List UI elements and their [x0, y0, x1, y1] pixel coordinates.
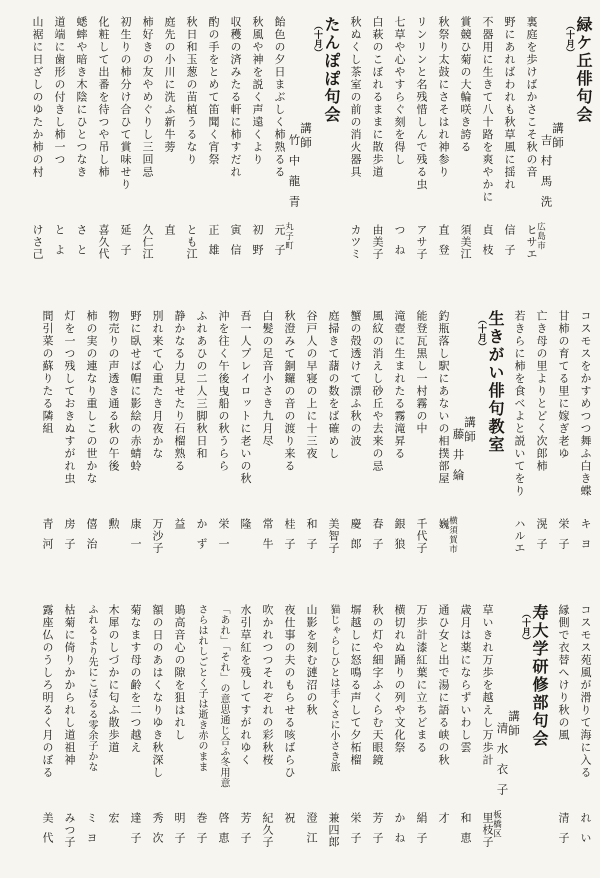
- poem-column: 秋澄みて銅鑼の音の渡り来る桂子: [272, 310, 294, 578]
- poem-text: 物売りの声透き通る秋の午後: [107, 310, 118, 578]
- poem-author: 祝: [272, 812, 294, 824]
- poem-author: 和子: [294, 518, 316, 558]
- poem-column: 若きらに柿を食べよと説いてをりハルエ: [502, 310, 524, 578]
- poem-column: 庭先の小川に洗ふ新牛蒡直: [152, 16, 174, 284]
- poem-column: 七草や心やすらぐ刻を得しつね: [382, 16, 404, 284]
- band-2: コスモスをかすめつつ舞ふ白き蝶キヨ甘柿の育てる里に嫁ぎ老ゆ栄子亡き母の里よりとど…: [10, 310, 590, 578]
- poem-column: 沖を往く午後曳船の秋うらら栄一: [206, 310, 228, 578]
- lecturer-locality: 丸子町: [285, 222, 294, 251]
- poem-column: 化粧して出番を待つや吊し柿喜久代: [86, 16, 108, 284]
- section-title: 寿大学研修部句会: [530, 604, 547, 748]
- poem-column: 水引草紅を残してすがれゆく芳子: [228, 604, 250, 872]
- poem-author: 美代: [30, 812, 52, 852]
- section-title-column: たんぽぽ句会（十月）: [310, 16, 338, 284]
- poem-text: 夜仕事の夫のもらせる咳ばらひ: [283, 604, 294, 872]
- poem-column: 野にあればわれも秋草風に揺れ信子: [492, 16, 514, 284]
- poem-author: みつ子: [52, 812, 74, 848]
- poem-author: 勲: [96, 518, 118, 530]
- poem-author: 美智子: [316, 518, 338, 554]
- poem-author: 初野: [240, 224, 262, 264]
- section-title: 生きがい俳句教室: [486, 310, 503, 454]
- poem-author: かず: [184, 518, 206, 558]
- poem-author: 由美子: [360, 224, 382, 260]
- section-month-note: （十月）: [565, 21, 574, 284]
- poem-column: 吾一人プレイロットに老いの秋隆: [228, 310, 250, 578]
- poem-author: 啓恵: [206, 812, 228, 852]
- poem-column: 収穫の済みたる軒に柿すだれ寅信: [218, 16, 240, 284]
- poem-author: 直: [152, 224, 174, 236]
- poem-column: 「あれ」「それ」の意思通じ合ふ冬用意啓恵: [206, 604, 228, 872]
- poem-author: 秀次: [140, 812, 162, 852]
- lecturer-label: 講師: [551, 122, 563, 151]
- section-header: 寿大学研修部句会（十月）講師清水衣子板橋区: [492, 604, 546, 872]
- poem-column: 賞競ひ菊の大輪咲き誇る須美江: [448, 16, 470, 284]
- section-month-note: （十月）: [521, 609, 530, 872]
- poem-column: 秋祭り太鼓にさそはれ神参り直登: [426, 16, 448, 284]
- poem-column: 裏庭を歩けばかさこそ秋の音ヒサエ: [514, 16, 536, 284]
- poem-author: 春子: [360, 518, 382, 558]
- poem-author: カツミ: [338, 224, 360, 260]
- poem-text: 吾一人プレイロットに老いの秋: [239, 310, 250, 578]
- poem-author: けさ己: [20, 224, 42, 260]
- poem-column: 草いきれ万歩を越えし万歩計里枝子: [470, 604, 492, 872]
- poem-author: 桂子: [272, 518, 294, 558]
- poem-author: 兼四郎: [316, 812, 338, 848]
- poem-column: 谷戸人の早寝の上に十三夜和子: [294, 310, 316, 578]
- poem-text: 釣瓶落し駅にあないの相撲部屋: [437, 310, 448, 578]
- poem-author: 慶郎: [338, 518, 360, 558]
- band-3: コスモス苑風が滑りて海に入るれい縁側で衣替へけり秋の風清子寿大学研修部句会（十月…: [10, 604, 590, 872]
- poem-author: とよ: [42, 224, 64, 264]
- poem-author: 巍: [426, 518, 448, 530]
- poem-author: 明子: [162, 812, 184, 852]
- lecturer-label: 講師: [507, 710, 519, 739]
- poem-column: コスモス苑風が滑りて海に入るれい: [568, 604, 590, 872]
- poem-author: 直登: [426, 224, 448, 264]
- poem-column: 甘柿の育てる里に嫁ぎ老ゆ栄子: [546, 310, 568, 578]
- poem-column: ふれるより先にこぼるる零余子かなミヨ: [74, 604, 96, 872]
- section-title-column: 寿大学研修部句会（十月）: [518, 604, 546, 872]
- poem-author: 絹子: [404, 812, 426, 852]
- poem-author: 栄子: [546, 518, 568, 558]
- poem-column: 風紋の消えし砂丘や去来の忌春子: [360, 310, 382, 578]
- poem-column: 菊なます母の齢を二つ越え達子: [118, 604, 140, 872]
- poem-author: 須美江: [448, 224, 470, 260]
- section-title: たんぽぽ句会: [322, 16, 339, 124]
- poem-author: 澄江: [294, 812, 316, 852]
- poem-column: 横切れぬ踊りの列や文化祭かね: [382, 604, 404, 872]
- poem-author: 寅信: [218, 224, 240, 264]
- poem-column: 蟹の殻透けて漂ふ秋の波慶郎: [338, 310, 360, 578]
- poem-author: 栄子: [338, 812, 360, 852]
- poem-author: 久仁江: [130, 224, 152, 260]
- poem-column: 山影を刻む漣沼の秋澄江: [294, 604, 316, 872]
- poem-column: コスモスをかすめつつ舞ふ白き蝶キヨ: [568, 310, 590, 578]
- poem-text: 木犀のしづかに匂ふ散歩道: [107, 604, 118, 872]
- poem-author: 喜久代: [86, 224, 108, 260]
- poem-author: 宏: [96, 812, 118, 824]
- poem-text: 通ひ女と出で湯に語る峡の秋: [437, 604, 448, 872]
- poem-author: れい: [568, 812, 590, 852]
- poem-author: 千代子: [404, 518, 426, 554]
- poem-column: 万歩計漆紅葉に立ちどまる絹子: [404, 604, 426, 872]
- poem-column: ふれあひの二人三脚秋日和かず: [184, 310, 206, 578]
- poem-author: 清子: [546, 812, 568, 852]
- section-month-note: （十月）: [313, 21, 322, 284]
- poem-author: 康一: [118, 518, 140, 558]
- poem-author: 里枝子: [470, 812, 492, 848]
- poem-author: 銀狼: [382, 518, 404, 558]
- poem-author: 巻子: [184, 812, 206, 852]
- poem-column: 露座仏のうしろ明るく月のぼる美代: [30, 604, 52, 872]
- poem-column: 亡き母の里よりとどく次郎柿滉子: [524, 310, 546, 578]
- poem-column: 不器用に生きて八十路を爽やかに貞枝: [470, 16, 492, 284]
- poem-author: 滉子: [524, 518, 546, 558]
- poem-author: 栄一: [206, 518, 228, 558]
- poem-author: 僖治: [74, 518, 96, 558]
- poem-column: 夜仕事の夫のもらせる咳ばらひ祝: [272, 604, 294, 872]
- poem-author: ミヨ: [74, 812, 96, 852]
- lecturer-name: 吉村馬洗: [539, 134, 551, 284]
- poem-column: 塀越しに怒鳴る声して夕柘榴栄子: [338, 604, 360, 872]
- poem-column: 野に臥せば帽に影絵の赤蜻蛉康一: [118, 310, 140, 578]
- poem-author: 元子: [262, 224, 284, 264]
- poem-author: 正雄: [196, 224, 218, 264]
- poem-column: 猫じゃらしひとは手ぐさに小さき旅兼四郎: [316, 604, 338, 872]
- band-1: 緑ケ丘俳句会（十月）講師吉村馬洗広島市裏庭を歩けばかさこそ秋の音ヒサエ野にあれば…: [10, 16, 590, 284]
- section-header: たんぽぽ句会（十月）講師竹中龍青丸子町: [284, 16, 338, 284]
- poem-author: 房子: [52, 518, 74, 558]
- poem-author: とも江: [174, 224, 196, 260]
- poem-author: 常牛: [250, 518, 272, 558]
- poem-text: 静かなる力見せたり石榴熟る: [173, 310, 184, 578]
- poem-column: 歳月は薬にならずいわし雲和恵: [448, 604, 470, 872]
- poem-author: 青河: [30, 518, 52, 558]
- poem-column: リンリンと名残惜しんで残る虫アサ子: [404, 16, 426, 284]
- lecturer-name: 藤井綸: [451, 428, 463, 578]
- poem-column: 物売りの声透き通る秋の午後勲: [96, 310, 118, 578]
- poem-author: 信子: [492, 224, 514, 264]
- poem-author: アサ子: [404, 224, 426, 260]
- poem-column: 鵙高音心の隙を狙はれし明子: [162, 604, 184, 872]
- poem-column: 秋の灯や細字ふくらむ天眼鏡芳子: [360, 604, 382, 872]
- lecturer-locality: 板橋区: [493, 810, 502, 839]
- poem-author: キヨ: [568, 518, 590, 558]
- page: 緑ケ丘俳句会（十月）講師吉村馬洗広島市裏庭を歩けばかさこそ秋の音ヒサエ野にあれば…: [0, 0, 600, 878]
- poem-column: 静かなる力見せたり石榴熟る益: [162, 310, 184, 578]
- poem-column: 庭掃きて藷の数をば確めし美智子: [316, 310, 338, 578]
- poem-column: 初生りの柿分け合ひて賞味せり延子: [108, 16, 130, 284]
- poem-column: 蟋蟀や暗き木陰にひとつなきさと: [64, 16, 86, 284]
- poem-author: 隆: [228, 518, 250, 530]
- section-month-note: （十月）: [477, 315, 486, 578]
- poem-column: 柿の実の連なり重しこの世かな僖治: [74, 310, 96, 578]
- poem-author: 芳子: [228, 812, 250, 852]
- lecturer-locality: 横須賀市: [449, 516, 458, 554]
- poem-author: 延子: [108, 224, 130, 264]
- section-header: 生きがい俳句教室（十月）講師藤井綸横須賀市: [448, 310, 502, 578]
- poem-column: 能登瓦黒し一村霧の中千代子: [404, 310, 426, 578]
- lecturer-label: 講師: [463, 416, 475, 445]
- section-title-column: 生きがい俳句教室（十月）: [474, 310, 502, 578]
- poem-column: 白萩のこぼれるままに散歩道由美子: [360, 16, 382, 284]
- poem-column: 灯を一つ残しておきぬすがれ虫房子: [52, 310, 74, 578]
- poem-column: 飴色の夕日まぶしく柿熟るる元子: [262, 16, 284, 284]
- poem-column: 釣瓶落し駅にあないの相撲部屋巍: [426, 310, 448, 578]
- lecturer-name: 竹中龍青: [287, 134, 299, 284]
- poem-author: ヒサエ: [514, 224, 536, 260]
- poem-author: つね: [382, 224, 404, 264]
- poem-column: 滝壺に生まれたる霧滝昇る銀狼: [382, 310, 404, 578]
- poem-column: 秋日和玉葱の苗植うるなりとも江: [174, 16, 196, 284]
- section-header: 緑ケ丘俳句会（十月）講師吉村馬洗広島市: [536, 16, 590, 284]
- poem-column: さらはれしごとく子は逝き赤のまま巻子: [184, 604, 206, 872]
- poem-column: 枯菊に倚りかかられし道祖神みつ子: [52, 604, 74, 872]
- poem-column: 柿好きの友やめぐりし三回忌久仁江: [130, 16, 152, 284]
- poem-author: 和恵: [448, 812, 470, 852]
- poem-author: 達子: [118, 812, 140, 852]
- poem-author: さと: [64, 224, 86, 264]
- poem-text: 庭先の小川に洗ふ新牛蒡: [163, 16, 174, 284]
- section-title-column: 緑ケ丘俳句会（十月）: [562, 16, 590, 284]
- poem-column: 道端に歯形の付きし柿一つとよ: [42, 16, 64, 284]
- poem-column: 通ひ女と出で湯に語る峡の秋才: [426, 604, 448, 872]
- lecturer-locality: 広島市: [537, 222, 546, 251]
- poem-author: かね: [382, 812, 404, 852]
- poem-author: 益: [162, 518, 184, 530]
- poem-author: 芳子: [360, 812, 382, 852]
- poem-column: 木犀のしづかに匂ふ散歩道宏: [96, 604, 118, 872]
- section-title: 緑ケ丘俳句会: [574, 16, 591, 124]
- poem-author: 紀久子: [250, 812, 272, 848]
- poem-author: ハルエ: [502, 518, 524, 554]
- poem-column: 額の日のあはくなりゆき秋深し秀次: [140, 604, 162, 872]
- poem-column: 縁側で衣替へけり秋の風清子: [546, 604, 568, 872]
- lecturer-name: 清水衣子: [495, 722, 507, 872]
- poem-column: 酌の手をとめて笛聞く宵祭正雄: [196, 16, 218, 284]
- poem-column: 間引菜の蘇りたる隣組青河: [30, 310, 52, 578]
- poem-author: 貞枝: [470, 224, 492, 264]
- poem-column: 秋風や神を説く声遠くより初野: [240, 16, 262, 284]
- poem-column: 別れ来て心重たき月夜かな万沙子: [140, 310, 162, 578]
- poem-column: 秋ぬくし茶室の前の消火器具カツミ: [338, 16, 360, 284]
- poem-column: 白髪の足音小さき九月尽常牛: [250, 310, 272, 578]
- poem-author: 万沙子: [140, 518, 162, 554]
- lecturer-label: 講師: [299, 122, 311, 151]
- poem-column: 吹かれつつそれぞれの彩秋桜紀久子: [250, 604, 272, 872]
- poem-author: 才: [426, 812, 448, 824]
- poem-column: 山裾に日ざしのゆたか柿の村けさ己: [20, 16, 42, 284]
